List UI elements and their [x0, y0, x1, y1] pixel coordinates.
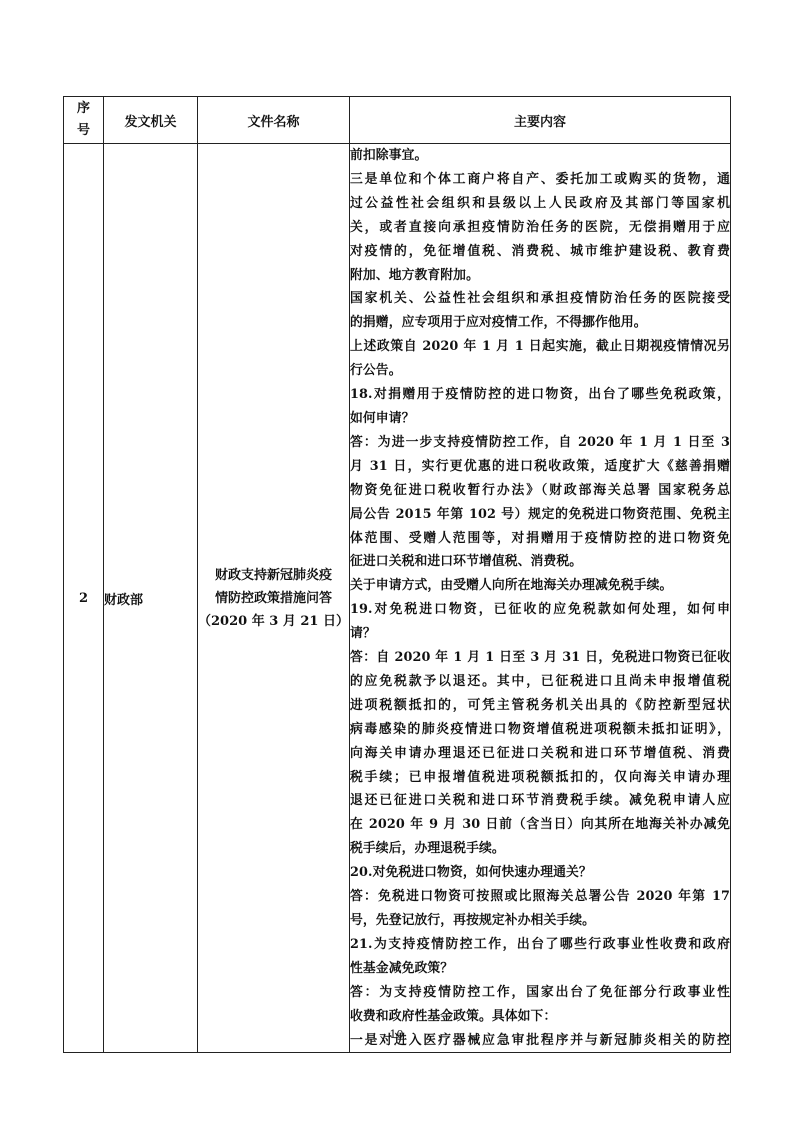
- policy-table: 序 号 发文机关 文件名称 主要内容 2 财政部 财政支持新冠肺炎疫 情防控政策…: [63, 96, 731, 1053]
- header-issuing-authority: 发文机关: [104, 97, 198, 144]
- content-line: 在 2020 年 9 月 30 日前（含当日）向其所在地海关补办减免: [350, 813, 730, 837]
- content-line: 关于申请方式，由受赠人向所在地海关办理减免税手续。: [350, 574, 730, 598]
- content-line: 请？: [350, 622, 730, 646]
- content-line: 病毒感染的肺炎疫情进口物资增值税进项税额未抵扣证明》，: [350, 718, 730, 742]
- content-line: 附加、地方教育附加。: [350, 264, 730, 288]
- content-line: 号，先登记放行，再按规定补办相关手续。: [350, 909, 730, 933]
- document-name-line: 情防控政策措施问答: [198, 587, 349, 610]
- table-header-row: 序 号 发文机关 文件名称 主要内容: [64, 97, 731, 144]
- header-main-content: 主要内容: [350, 97, 731, 144]
- content-line: 征进口关税和进口环节增值税、消费税。: [350, 550, 730, 574]
- content-line: 月 31 日，实行更优惠的进口税收政策，适度扩大《慈善捐赠: [350, 455, 730, 479]
- content-line: 行公告。: [350, 359, 730, 383]
- header-document-name: 文件名称: [198, 97, 350, 144]
- document-name-line: （2020 年 3 月 21 日）: [198, 610, 349, 633]
- content-line: 19.对免税进口物资，已征收的应免税款如何处理，如何申: [350, 598, 730, 622]
- content-line: 如何申请？: [350, 407, 730, 431]
- header-seq-line2: 号: [64, 120, 103, 142]
- content-line: 18.对捐赠用于疫情防控的进口物资，出台了哪些免税政策，: [350, 383, 730, 407]
- content-line: 体范围、受赠人范围等，对捐赠用于疫情防控的进口物资免: [350, 527, 730, 551]
- content-lines: 前扣除事宜。三是单位和个体工商户将自产、委托加工或购买的货物，通过公益性社会组织…: [350, 144, 730, 1052]
- row-document-name: 财政支持新冠肺炎疫 情防控政策措施问答 （2020 年 3 月 21 日）: [198, 144, 350, 1053]
- content-line: 前扣除事宜。: [350, 144, 730, 168]
- document-name-line: 财政支持新冠肺炎疫: [198, 564, 349, 587]
- content-line: 上述政策自 2020 年 1 月 1 日起实施，截止日期视疫情情况另: [350, 335, 730, 359]
- content-line: 性基金减免政策？: [350, 957, 730, 981]
- content-line: 的捐赠，应专项用于应对疫情工作，不得挪作他用。: [350, 311, 730, 335]
- content-line: 答：为支持疫情防控工作，国家出台了免征部分行政事业性: [350, 981, 730, 1005]
- content-line: 答：免税进口物资可按照或比照海关总署公告 2020 年第 17: [350, 885, 730, 909]
- content-line: 物资免征进口税收暂行办法》（财政部海关总署 国家税务总: [350, 479, 730, 503]
- content-line: 答：为进一步支持疫情防控工作，自 2020 年 1 月 1 日至 3: [350, 431, 730, 455]
- content-line: 收费和政府性基金政策。具体如下：: [350, 1005, 730, 1029]
- content-line: 税手续；已申报增值税进项税额抵扣的，仅向海关申请办理: [350, 766, 730, 790]
- content-line: 过公益性社会组织和县级以上人民政府及其部门等国家机: [350, 192, 730, 216]
- content-line: 关，或者直接向承担疫情防治任务的医院，无偿捐赠用于应: [350, 216, 730, 240]
- content-line: 21.为支持疫情防控工作，出台了哪些行政事业性收费和政府: [350, 933, 730, 957]
- content-line: 对疫情的，免征增值税、消费税、城市维护建设税、教育费: [350, 240, 730, 264]
- row-seq: 2: [64, 144, 104, 1053]
- content-line: 向海关申请办理退还已征进口关税和进口环节增值税、消费: [350, 742, 730, 766]
- content-line: 进项税额抵扣的，可凭主管税务机关出具的《防控新型冠状: [350, 694, 730, 718]
- document-page: 序 号 发文机关 文件名称 主要内容 2 财政部 财政支持新冠肺炎疫 情防控政策…: [0, 0, 793, 1122]
- header-seq: 序 号: [64, 97, 104, 144]
- header-seq-line1: 序: [64, 98, 103, 120]
- table-row: 2 财政部 财政支持新冠肺炎疫 情防控政策措施问答 （2020 年 3 月 21…: [64, 144, 731, 1053]
- row-main-content: 前扣除事宜。三是单位和个体工商户将自产、委托加工或购买的货物，通过公益性社会组织…: [350, 144, 731, 1053]
- content-line: 国家机关、公益性社会组织和承担疫情防治任务的医院接受: [350, 287, 730, 311]
- content-line: 答：自 2020 年 1 月 1 日至 3 月 31 日，免税进口物资已征收: [350, 646, 730, 670]
- content-line: 退还已征进口关税和进口环节消费税手续。减免税申请人应: [350, 789, 730, 813]
- content-line: 三是单位和个体工商户将自产、委托加工或购买的货物，通: [350, 168, 730, 192]
- content-line: 20.对免税进口物资，如何快速办理通关？: [350, 861, 730, 885]
- content-line: 局公告 2015 年第 102 号）规定的免税进口物资范围、免税主: [350, 503, 730, 527]
- content-line: 税手续后，办理退税手续。: [350, 837, 730, 861]
- page-number: 10: [0, 1028, 793, 1041]
- content-line: 的应免税款予以退还。其中，已征税进口且尚未申报增值税: [350, 670, 730, 694]
- row-issuing-authority: 财政部: [104, 144, 198, 1053]
